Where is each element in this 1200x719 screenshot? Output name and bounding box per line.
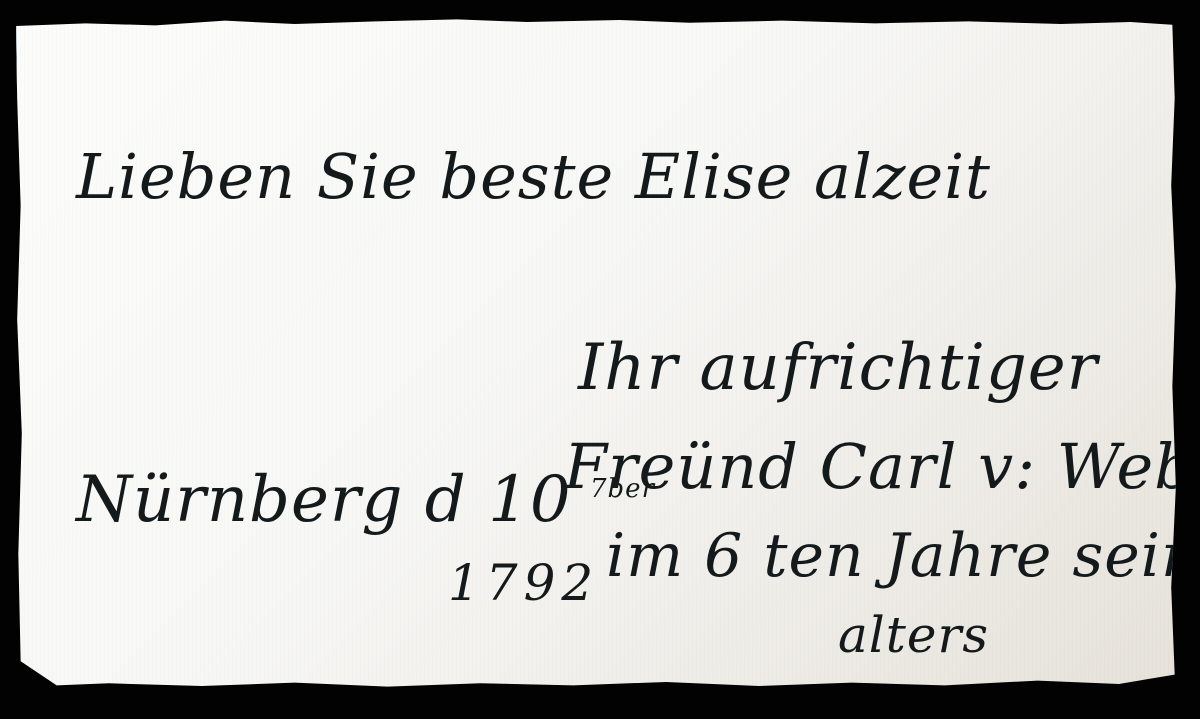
year: 1792 [448, 558, 599, 608]
photo-background: Lieben Sie beste Elise alzeit Ihr aufric… [0, 0, 1200, 719]
salutation-line: Lieben Sie beste Elise alzeit [76, 146, 991, 208]
signature-line: Freünd Carl v: Weber [564, 436, 1200, 498]
place-and-day: Nürnberg d 10 [76, 463, 572, 537]
age-line-continuation: alters [838, 610, 989, 660]
month-superscript: 7ber [590, 476, 655, 502]
place-date-line: Nürnberg d 10 [76, 468, 572, 532]
handwritten-card: Lieben Sie beste Elise alzeit Ihr aufric… [16, 18, 1177, 688]
closing-line-1: Ihr aufrichtiger [578, 336, 1098, 400]
age-line: im 6 ten Jahre seines [606, 526, 1200, 586]
